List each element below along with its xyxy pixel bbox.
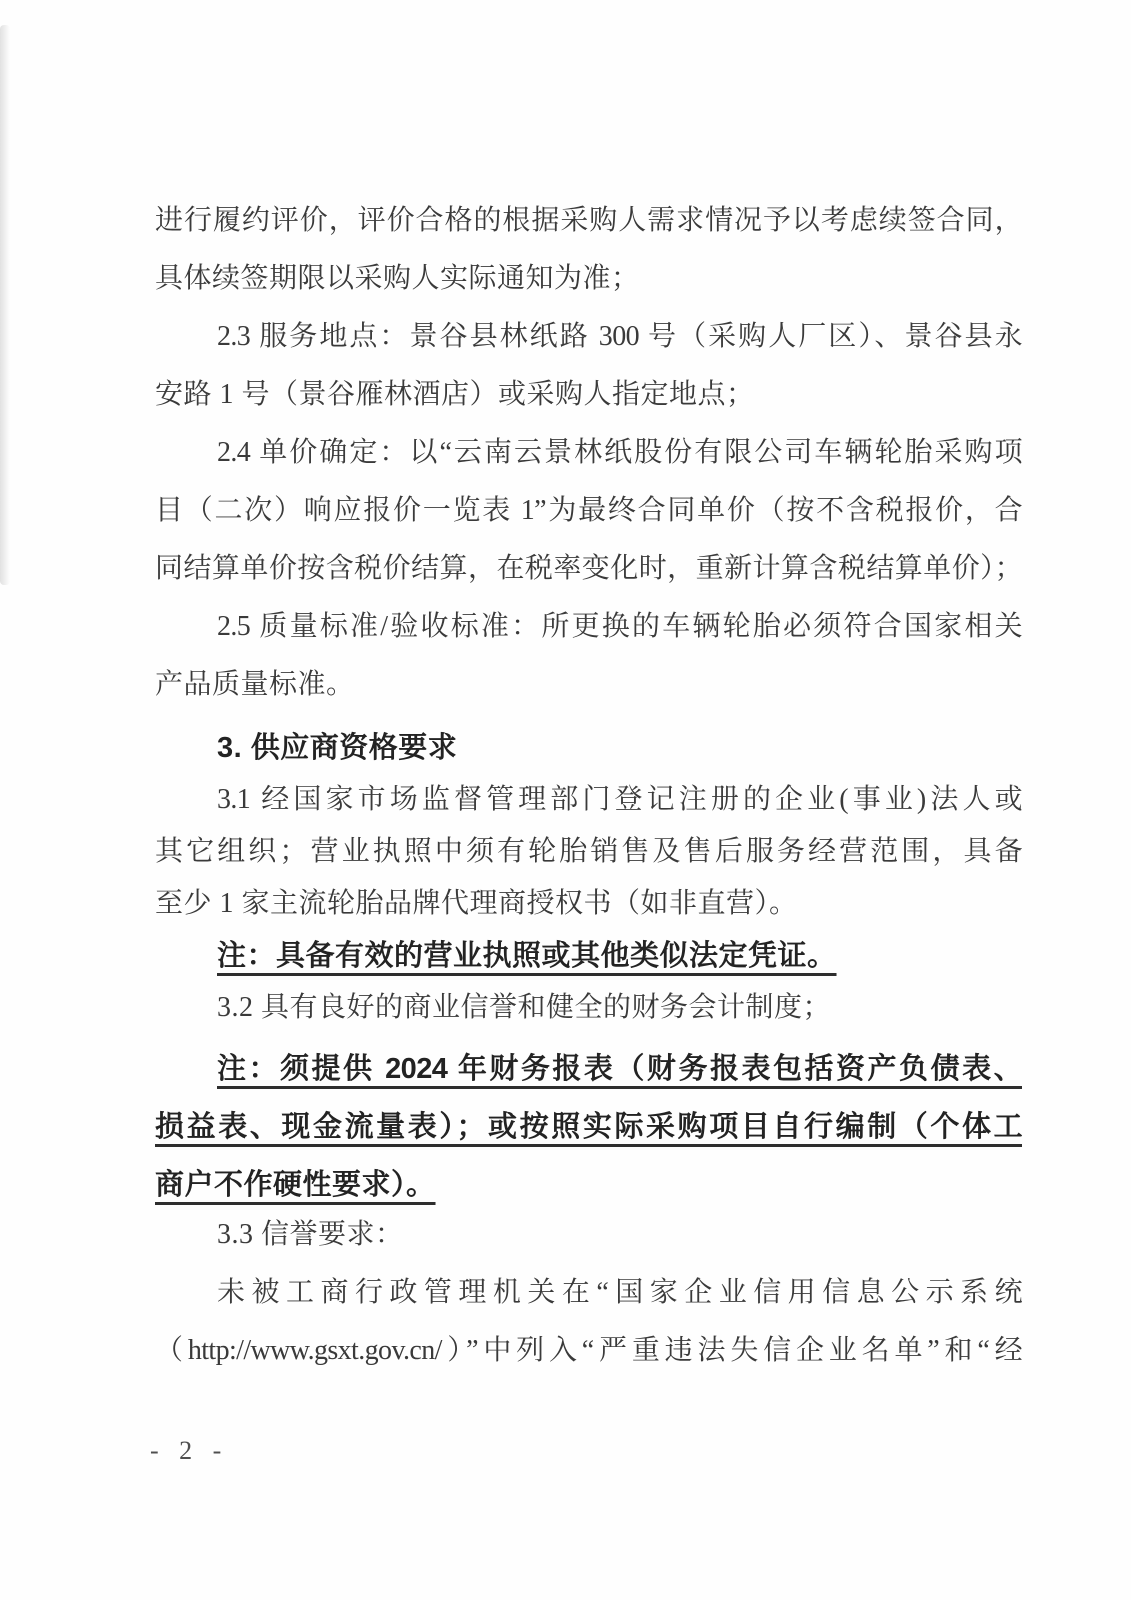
text-line: 进行履约评价，评价合格的根据采购人需求情况予以考虑续签合同，	[155, 192, 1022, 250]
text-line: 损益表、现金流量表）；或按照实际采购项目自行编制（个体工	[155, 1098, 1022, 1156]
document-page: 进行履约评价，评价合格的根据采购人需求情况予以考虑续签合同，具体续签期限以采购人…	[0, 0, 1131, 1600]
text-line: 具体续签期限以采购人实际通知为准；	[155, 250, 1022, 308]
text-line: 3.2 具有良好的商业信誉和健全的财务会计制度；	[155, 982, 1022, 1034]
text-line: 2.3 服务地点：景谷县林纸路 300 号（采购人厂区）、景谷县永	[155, 308, 1022, 366]
text-line: 3.3 信誉要求：	[155, 1206, 1022, 1264]
page-number: - 2 -	[150, 1436, 228, 1466]
text-line: （http://www.gsxt.gov.cn/）”中列入“严重违法失信企业名单…	[155, 1322, 1022, 1380]
text-line: 2.4 单价确定：以“云南云景林纸股份有限公司车辆轮胎采购项	[155, 424, 1022, 482]
scan-edge-artifact	[0, 25, 10, 585]
text-line: 2.5 质量标准/验收标准：所更换的车辆轮胎必须符合国家相关	[155, 598, 1022, 656]
text-line: 3. 供应商资格要求	[155, 722, 1022, 774]
text-line: 3.1 经国家市场监督管理部门登记注册的企业(事业)法人或	[155, 774, 1022, 826]
text-line: 其它组织；营业执照中须有轮胎销售及售后服务经营范围，具备	[155, 826, 1022, 878]
text-line: 安路 1 号（景谷雁林酒店）或采购人指定地点；	[155, 366, 1022, 424]
text-line: 未被工商行政管理机关在“国家企业信用信息公示系统	[155, 1264, 1022, 1322]
text-line: 产品质量标准。	[155, 656, 1022, 714]
document-body: 进行履约评价，评价合格的根据采购人需求情况予以考虑续签合同，具体续签期限以采购人…	[155, 0, 1022, 1380]
text-line: 目（二次）响应报价一览表 1”为最终合同单价（按不含税报价，合	[155, 482, 1022, 540]
text-line: 注：须提供 2024 年财务报表（财务报表包括资产负债表、	[155, 1040, 1022, 1098]
text-line: 至少 1 家主流轮胎品牌代理商授权书（如非直营）。	[155, 878, 1022, 930]
text-line: 注：具备有效的营业执照或其他类似法定凭证。	[155, 930, 1022, 982]
text-line: 同结算单价按含税价结算，在税率变化时，重新计算含税结算单价）；	[155, 540, 1022, 598]
